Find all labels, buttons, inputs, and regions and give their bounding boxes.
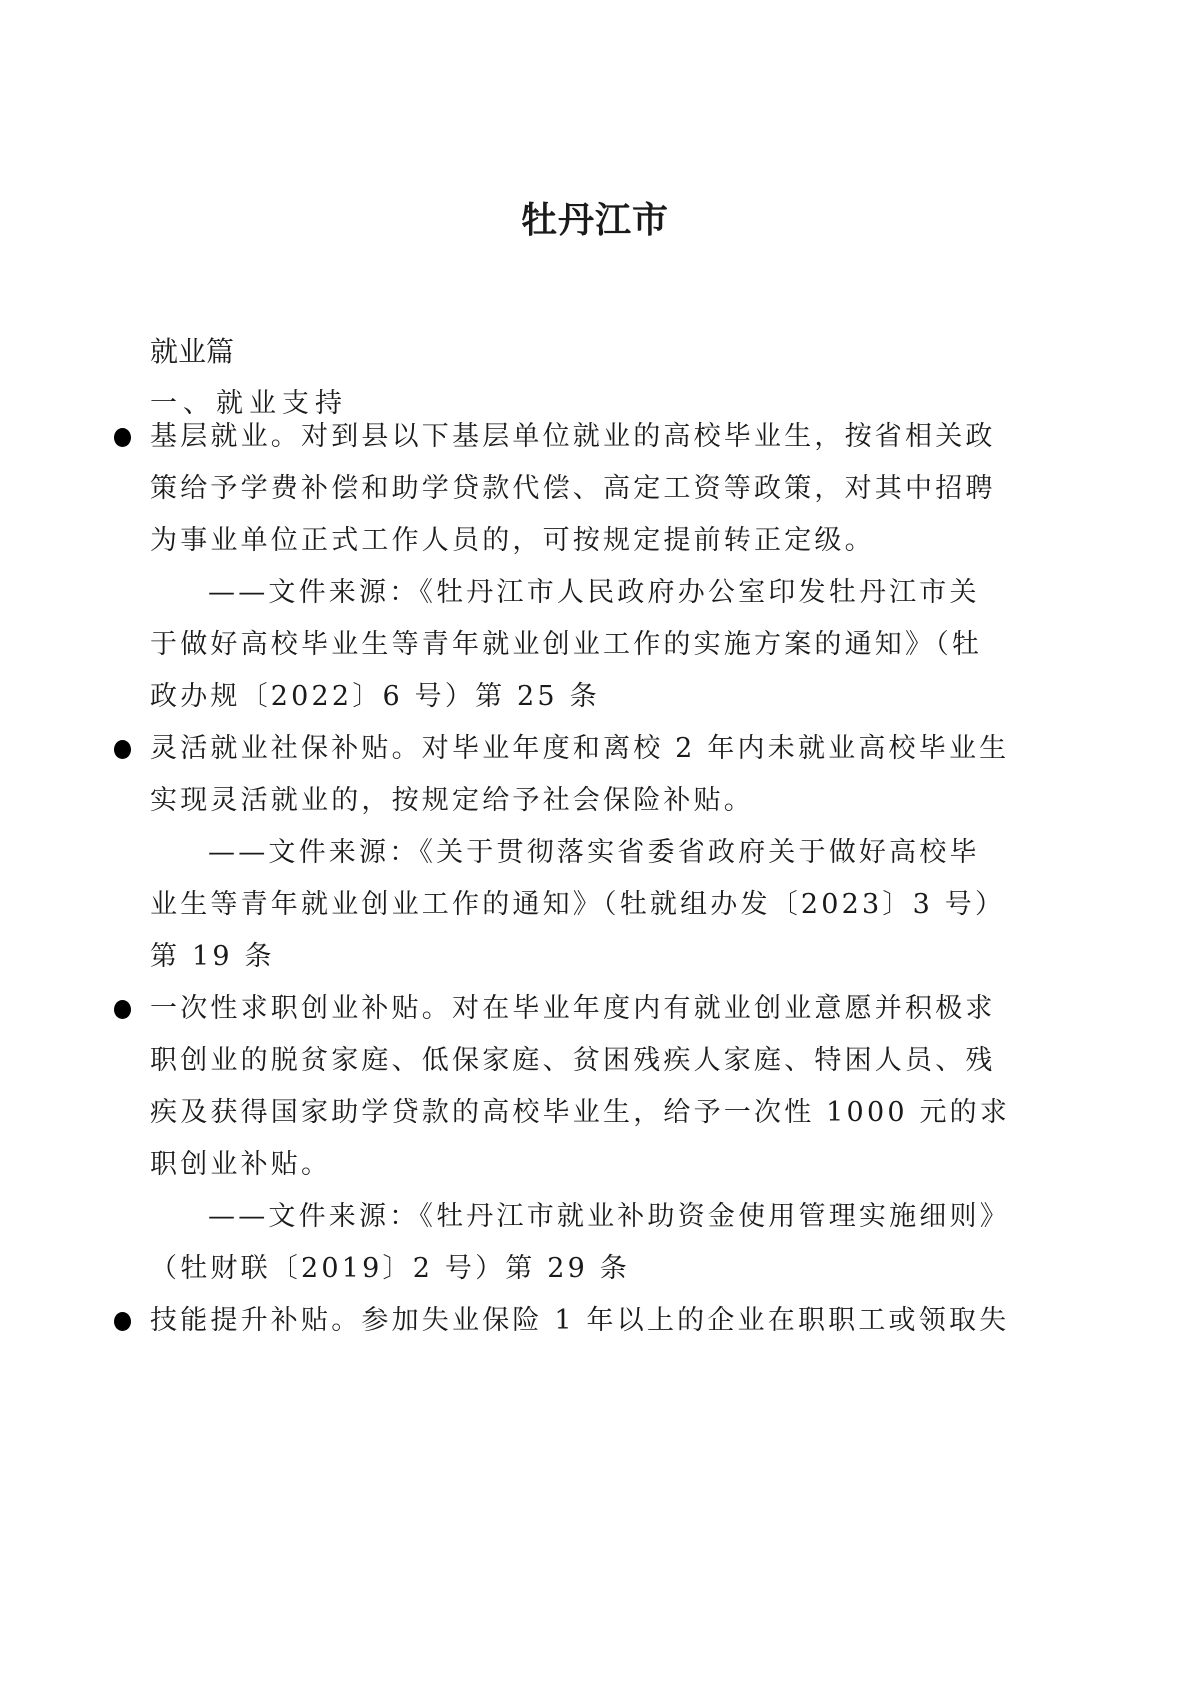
item-text-line: 灵活就业社保补贴。对毕业年度和离校 2 年内未就业高校毕业生	[150, 723, 1050, 775]
item-text-line: 疾及获得国家助学贷款的高校毕业生，给予一次性 1000 元的求	[150, 1087, 1050, 1139]
source-citation-line: 于做好高校毕业生等青年就业创业工作的实施方案的通知》（牡	[150, 619, 1050, 671]
item-text-line: 为事业单位正式工作人员的，可按规定提前转正定级。	[150, 515, 1050, 567]
policy-item-job-seeking-subsidy: 一次性求职创业补贴。对在毕业年度内有就业创业意愿并积极求 职创业的脱贫家庭、低保…	[150, 983, 1050, 1295]
source-citation-line: 第 19 条	[150, 931, 1050, 983]
document-page: 牡丹江市 就业篇 一、就业支持 基层就业。对到县以下基层单位就业的高校毕业生，按…	[0, 0, 1190, 1683]
bullet-icon	[114, 428, 131, 447]
item-text-line: 策给予学费补偿和助学贷款代偿、高定工资等政策，对其中招聘	[150, 463, 1050, 515]
bullet-icon	[114, 1000, 131, 1019]
policy-item-skill-upgrade-subsidy: 技能提升补贴。参加失业保险 1 年以上的企业在职职工或领取失	[150, 1295, 1050, 1347]
bullet-icon	[114, 740, 131, 759]
source-citation-line: 政办规〔2022〕6 号）第 25 条	[150, 671, 1050, 723]
source-citation-line: ——文件来源：《牡丹江市就业补助资金使用管理实施细则》	[150, 1191, 1050, 1243]
source-citation-line: ——文件来源：《牡丹江市人民政府办公室印发牡丹江市关	[150, 567, 1050, 619]
source-citation-line: （牡财联〔2019〕2 号）第 29 条	[150, 1243, 1050, 1295]
source-citation-line: ——文件来源：《关于贯彻落实省委省政府关于做好高校毕	[150, 827, 1050, 879]
item-text-line: 技能提升补贴。参加失业保险 1 年以上的企业在职职工或领取失	[150, 1295, 1050, 1347]
policy-item-flexible-employment-subsidy: 灵活就业社保补贴。对毕业年度和离校 2 年内未就业高校毕业生 实现灵活就业的，按…	[150, 723, 1050, 983]
policy-item-basic-employment: 基层就业。对到县以下基层单位就业的高校毕业生，按省相关政 策给予学费补偿和助学贷…	[150, 411, 1050, 723]
section-heading: 就业篇	[150, 332, 234, 372]
item-text-line: 一次性求职创业补贴。对在毕业年度内有就业创业意愿并积极求	[150, 983, 1050, 1035]
item-text-line: 基层就业。对到县以下基层单位就业的高校毕业生，按省相关政	[150, 411, 1050, 463]
item-text-line: 职创业补贴。	[150, 1139, 1050, 1191]
source-citation-line: 业生等青年就业创业工作的通知》（牡就组办发〔2023〕3 号）	[150, 879, 1050, 931]
bullet-icon	[114, 1312, 131, 1331]
page-title: 牡丹江市	[0, 196, 1190, 246]
item-text-line: 职创业的脱贫家庭、低保家庭、贫困残疾人家庭、特困人员、残	[150, 1035, 1050, 1087]
item-text-line: 实现灵活就业的，按规定给予社会保险补贴。	[150, 775, 1050, 827]
